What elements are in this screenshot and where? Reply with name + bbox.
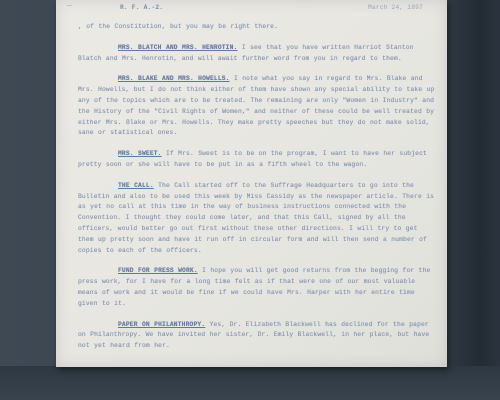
continuation-line: , of the Constitution, but you may be ri… (78, 22, 437, 33)
letter-paragraph: MRS. SWEET. If Mrs. Sweet is to be on th… (78, 149, 437, 171)
letter-paragraph: FUND FOR PRESS WORK. I hope you will get… (78, 266, 437, 309)
scanner-background (0, 366, 500, 400)
page-number-label: R. F. A.-2. (120, 4, 163, 11)
paragraph-heading: PAPER ON PHILANTHROPY. (118, 321, 205, 328)
letter-page: ~ R. F. A.-2. March 24, 1897 , of the Co… (56, 0, 447, 367)
letter-date: March 24, 1897 (368, 4, 423, 11)
paragraph-heading: MRS. BLATCH AND MRS. HENROTIN. (118, 44, 237, 51)
letter-paragraph: MRS. BLATCH AND MRS. HENROTIN. I see tha… (78, 43, 437, 65)
letter-body: , of the Constitution, but you may be ri… (78, 22, 437, 352)
letter-paragraph: MRS. BLAKE AND MRS. HOWELLS. I note what… (78, 74, 437, 139)
paragraph-text: I note what you say in regard to Mrs. Bl… (78, 75, 434, 136)
letter-paragraph: PAPER ON PHILANTHROPY. Yes, Dr. Elizabet… (78, 320, 437, 352)
letter-header: R. F. A.-2. March 24, 1897 (78, 4, 437, 14)
paragraph-heading: FUND FOR PRESS WORK. (118, 267, 198, 274)
pencil-mark: ~ (65, 1, 73, 11)
paragraph-heading: MRS. SWEET. (118, 150, 162, 157)
letter-paragraph: THE CALL. The Call started off to the Su… (78, 181, 437, 257)
paragraph-heading: MRS. BLAKE AND MRS. HOWELLS. (118, 75, 230, 82)
paragraph-text: The Call started off to the Suffrage Hea… (78, 182, 434, 254)
paragraph-heading: THE CALL. (118, 182, 154, 189)
